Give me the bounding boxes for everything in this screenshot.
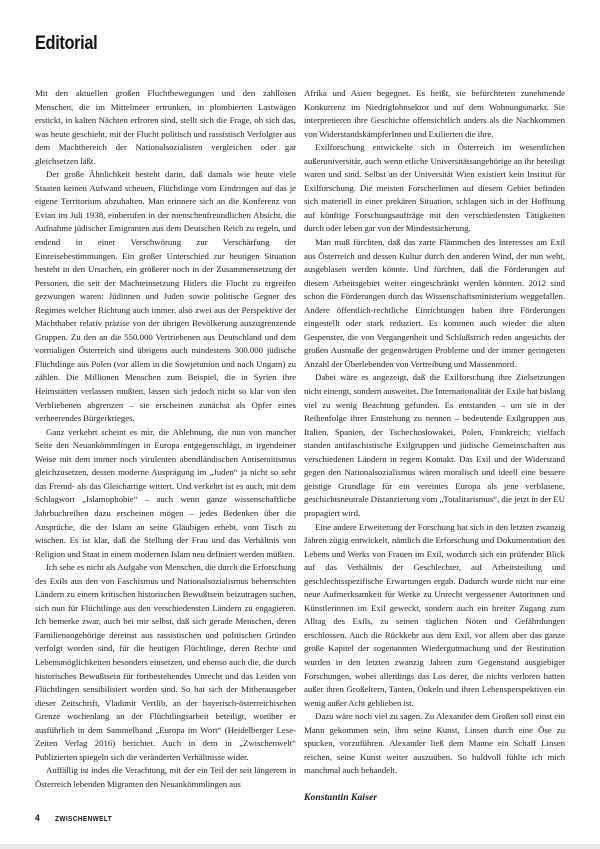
paragraph: Afrika und Asien begegnet. Es heißt, sie… <box>304 87 565 141</box>
article-body: Mit den aktuellen großen Fluchtbewegunge… <box>35 87 565 804</box>
page-title: Editorial <box>35 33 97 55</box>
paragraph: Dabei wäre es angezeigt, daß die Exilfor… <box>304 371 565 520</box>
journal-name: ZWISCHENWELT <box>55 816 112 823</box>
scan-edge <box>0 844 600 849</box>
paragraph: Auffällig ist indes die Verachtung, mit … <box>35 764 296 791</box>
page-number: 4 <box>35 813 40 824</box>
author-signature: Konstantin Kaiser <box>304 791 565 805</box>
left-column: Mit den aktuellen großen Fluchtbewegunge… <box>35 87 296 804</box>
paragraph: Der große Ähnlichkeit besteht darin, daß… <box>35 168 296 425</box>
editorial-page: Editorial Mit den aktuellen großen Fluch… <box>0 0 600 849</box>
paragraph: Ich sehe es nicht als Aufgabe von Mensch… <box>35 561 296 764</box>
paragraph: Dazu wäre noch viel zu sagen. Zu Alexand… <box>304 710 565 778</box>
right-column: Afrika und Asien begegnet. Es heißt, sie… <box>304 87 565 804</box>
paragraph: Mit den aktuellen großen Fluchtbewegunge… <box>35 87 296 168</box>
paragraph: Exilforschung entwickelte sich in Österr… <box>304 141 565 236</box>
paragraph: Ganz verkehrt scheint es mir, die Ablehn… <box>35 426 296 561</box>
paragraph: Eine andere Erweiterung der Forschung ha… <box>304 521 565 711</box>
page-footer: 4 ZWISCHENWELT <box>35 813 117 824</box>
paragraph: Man muß fürchten, daß das zarte Flämmche… <box>304 236 565 371</box>
